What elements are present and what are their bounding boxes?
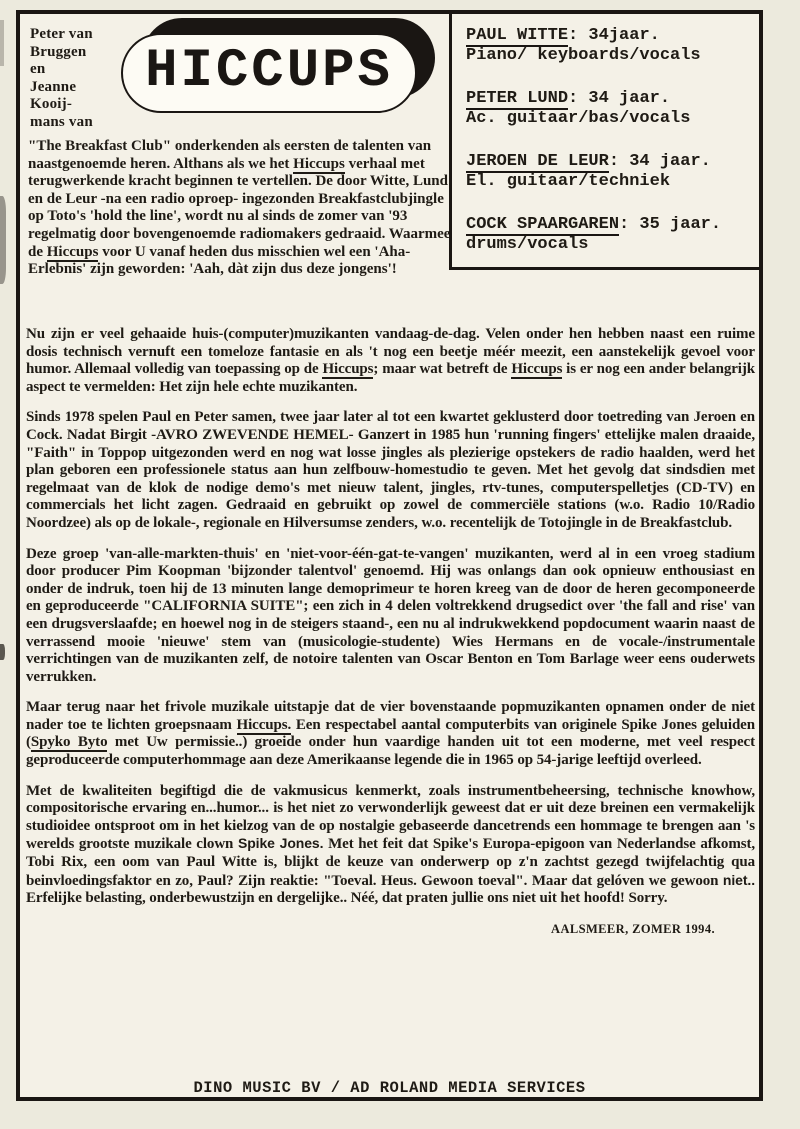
- logo-title: HICCUPS: [145, 41, 393, 102]
- member-instruments: Piano/ keyboards/vocals: [466, 46, 751, 66]
- paragraph: Deze groep 'van-alle-markten-thuis' en '…: [26, 546, 755, 687]
- member-name: JEROEN DE LEUR: [466, 152, 609, 173]
- body-text: Nu zijn er veel gehaaide huis-(computer)…: [26, 326, 755, 938]
- paragraph: Nu zijn er veel gehaaide huis-(computer)…: [26, 326, 755, 396]
- underlined-text: Hiccups.: [237, 717, 292, 735]
- footer-credit: DINO MUSIC BV / AD ROLAND MEDIA SERVICES: [20, 1079, 759, 1097]
- member-age: : 34 jaar.: [568, 89, 670, 108]
- member-name-line: COCK SPAARGAREN: 35 jaar.: [466, 215, 751, 235]
- member-instruments: El. guitaar/techniek: [466, 172, 751, 192]
- member-instruments: drums/vocals: [466, 235, 751, 255]
- scan-artifact: [0, 644, 5, 660]
- text-run: Deze groep 'van-alle-markten-thuis' en '…: [26, 546, 755, 685]
- member-entry: JEROEN DE LEUR: 34 jaar.El. guitaar/tech…: [466, 152, 751, 192]
- member-name: COCK SPAARGAREN: [466, 215, 619, 236]
- logo-pill: HICCUPS: [121, 33, 417, 113]
- paragraph: "The Breakfast Club" onderkenden als eer…: [28, 138, 454, 279]
- underlined-text: Hiccups: [293, 156, 345, 174]
- band-members-box: PAUL WITTE: 34jaar.Piano/ keyboards/voca…: [449, 14, 759, 270]
- scan-artifact: [0, 20, 4, 66]
- member-name-line: JEROEN DE LEUR: 34 jaar.: [466, 152, 751, 172]
- text-run: niet..: [723, 872, 755, 888]
- page-border-frame: Peter van Bruggen en Jeanne Kooij- mans …: [16, 10, 763, 1101]
- member-age: : 34jaar.: [568, 26, 660, 45]
- paragraph: Met de kwaliteiten begiftigd die de vakm…: [26, 783, 755, 908]
- intro-paragraph: "The Breakfast Club" onderkenden als eer…: [28, 138, 454, 292]
- member-entry: PAUL WITTE: 34jaar.Piano/ keyboards/voca…: [466, 26, 751, 66]
- text-run: ; maar wat betreft de: [373, 361, 511, 377]
- paragraph: Maar terug naar het frivole muzikale uit…: [26, 699, 755, 769]
- member-name-line: PETER LUND: 34 jaar.: [466, 89, 751, 109]
- member-age: : 35 jaar.: [619, 215, 721, 234]
- member-instruments: Ac. guitaar/bas/vocals: [466, 109, 751, 129]
- text-run: met Uw permissie..) groeide onder hun va…: [26, 734, 755, 768]
- signoff-line: AALSMEER, ZOMER 1994.: [26, 921, 755, 939]
- text-run: Sinds 1978 spelen Paul en Peter samen, t…: [26, 409, 755, 531]
- text-run: Erfelijke belasting, onderbewustzijn en …: [26, 890, 667, 906]
- member-name-line: PAUL WITTE: 34jaar.: [466, 26, 751, 46]
- underlined-text: Spyko Byto: [31, 734, 108, 752]
- text-run: Spike Jones.: [238, 835, 323, 851]
- member-age: : 34 jaar.: [609, 152, 711, 171]
- scanned-press-sheet: { "page": { "paper_color": "#f4f1e7", "o…: [0, 0, 800, 1129]
- member-name: PAUL WITTE: [466, 26, 568, 47]
- paragraph: Sinds 1978 spelen Paul en Peter samen, t…: [26, 409, 755, 532]
- underlined-text: Hiccups: [47, 244, 99, 262]
- scan-artifact: [0, 196, 6, 284]
- underlined-text: Hiccups: [322, 361, 373, 379]
- hiccups-logo: HICCUPS: [20, 14, 460, 124]
- member-entry: PETER LUND: 34 jaar.Ac. guitaar/bas/voca…: [466, 89, 751, 129]
- underlined-text: Hiccups: [511, 361, 562, 379]
- member-entry: COCK SPAARGAREN: 35 jaar.drums/vocals: [466, 215, 751, 255]
- member-name: PETER LUND: [466, 89, 568, 110]
